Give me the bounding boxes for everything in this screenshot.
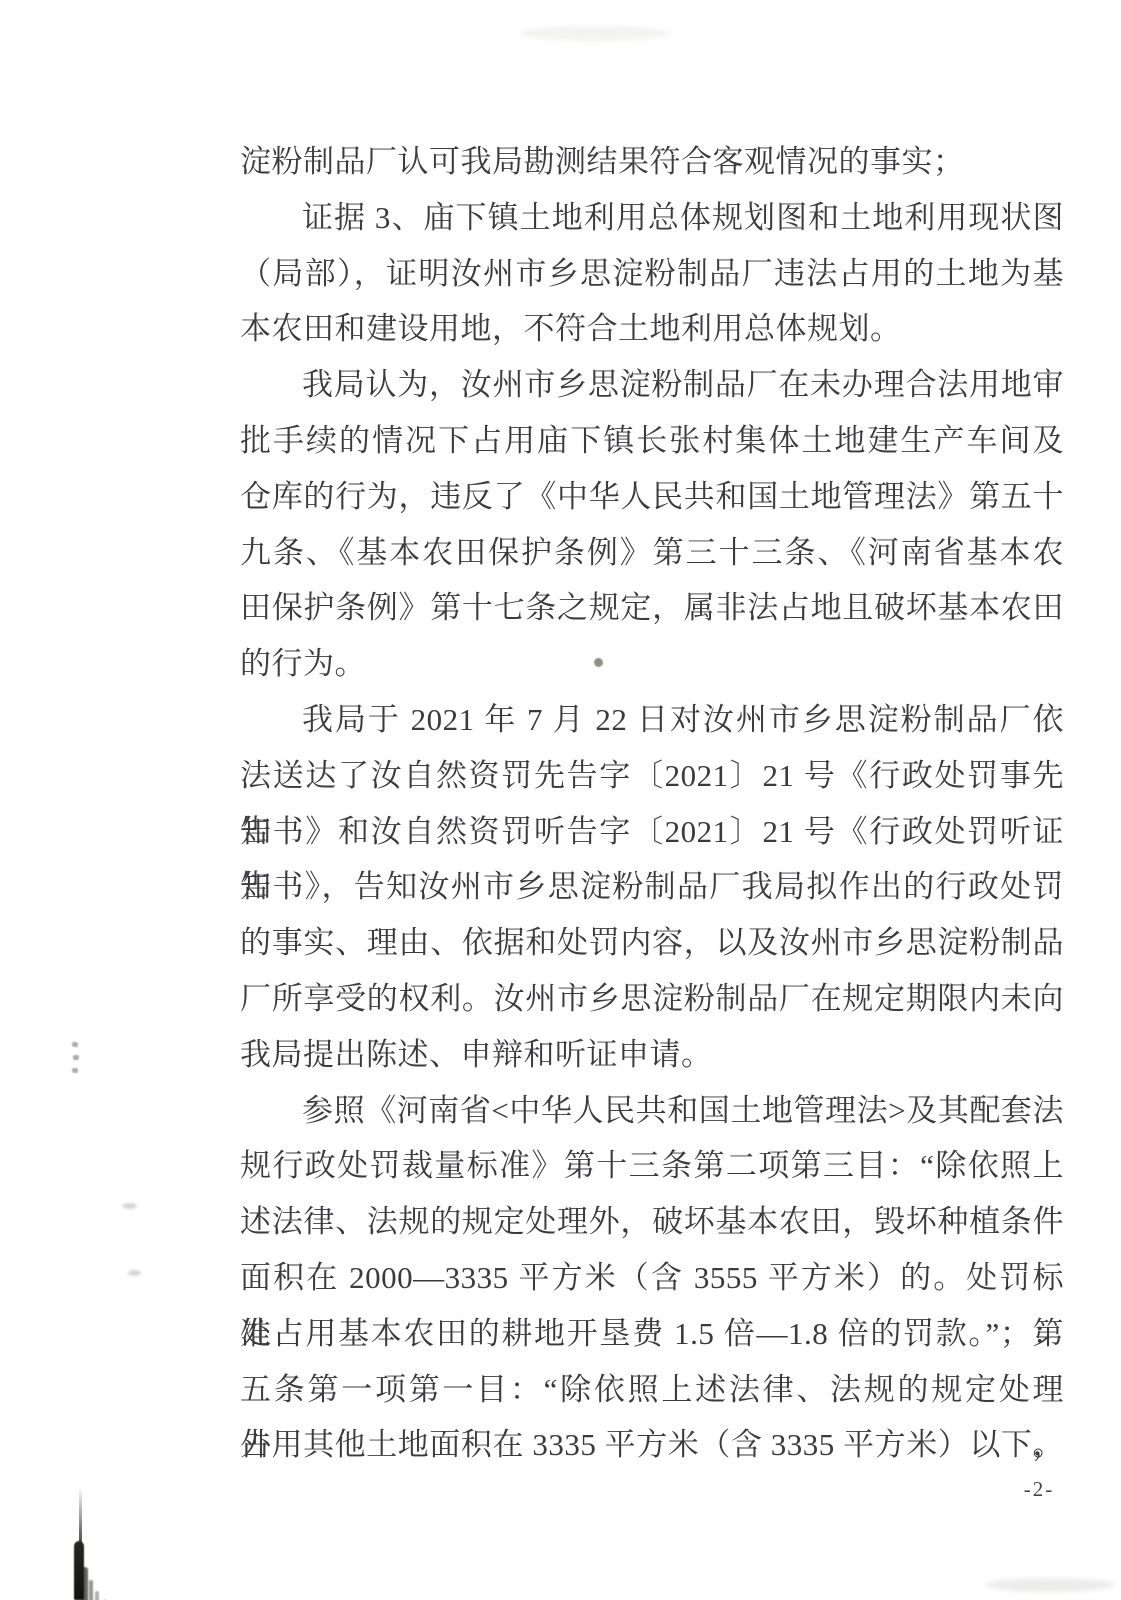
text-line: 淀粉制品厂认可我局勘测结果符合客观情况的事实； bbox=[240, 134, 1064, 190]
text-line: 批手续的情况下占用庙下镇长张村集体土地建生产车间及 bbox=[240, 413, 1064, 469]
text-line: 的行为。 bbox=[240, 636, 1064, 692]
text-line: 证据 3、庙下镇土地利用总体规划图和土地利用现状图 bbox=[240, 190, 1064, 246]
margin-smudge-artifact bbox=[128, 1270, 141, 1276]
text-line: 仓库的行为，违反了《中华人民共和国土地管理法》第五十 bbox=[240, 469, 1064, 525]
page-number: -2- bbox=[1004, 1477, 1074, 1502]
document-body-text: 淀粉制品厂认可我局勘测结果符合客观情况的事实； 证据 3、庙下镇土地利用总体规划… bbox=[240, 134, 1064, 1473]
binding-blot-artifact bbox=[74, 1541, 84, 1600]
text-line: 占用其他土地面积在 3335 平方米（含 3335 平方米）以下。 bbox=[240, 1417, 1064, 1473]
margin-speck-artifact bbox=[72, 1041, 79, 1047]
text-line: 九条、《基本农田保护条例》第三十三条、《河南省基本农 bbox=[240, 525, 1064, 581]
document-page: 淀粉制品厂认可我局勘测结果符合客观情况的事实； 证据 3、庙下镇土地利用总体规划… bbox=[0, 0, 1121, 1600]
scan-noise-artifact bbox=[520, 26, 670, 41]
text-line: 规行政处罚裁量标准》第十三条第二项第三目：“除依照上 bbox=[240, 1138, 1064, 1194]
text-line: 法送达了汝自然资罚先告字〔2021〕21 号《行政处罚事先告 bbox=[240, 748, 1064, 804]
text-line: 的事实、理由、依据和处罚内容，以及汝州市乡思淀粉制品 bbox=[240, 915, 1064, 971]
text-line: 我局于 2021 年 7 月 22 日对汝州市乡思淀粉制品厂依 bbox=[240, 692, 1064, 748]
binding-streak-artifact bbox=[79, 1487, 82, 1547]
text-line: 本农田和建设用地，不符合土地利用总体规划。 bbox=[240, 301, 1064, 357]
text-line: 我局提出陈述、申辩和听证申请。 bbox=[240, 1027, 1064, 1083]
text-line: 厂所享受的权利。汝州市乡思淀粉制品厂在规定期限内未向 bbox=[240, 971, 1064, 1027]
text-line: （局部），证明汝州市乡思淀粉制品厂违法占用的土地为基 bbox=[240, 246, 1064, 302]
scan-noise-artifact bbox=[985, 1578, 1115, 1592]
text-line: 知书》，告知汝州市乡思淀粉制品厂我局拟作出的行政处罚 bbox=[240, 859, 1064, 915]
text-line: 我局认为，汝州市乡思淀粉制品厂在未办理合法用地审 bbox=[240, 357, 1064, 413]
margin-smudge-artifact bbox=[122, 1203, 137, 1209]
text-line: 面积在 2000—3335 平方米（含 3555 平方米）的。处罚标准： bbox=[240, 1250, 1064, 1306]
text-line: 参照《河南省<中华人民共和国土地管理法>及其配套法 bbox=[240, 1083, 1064, 1139]
text-line: 田保护条例》第十七条之规定，属非法占地且破坏基本农田 bbox=[240, 580, 1064, 636]
text-line: 处占用基本农田的耕地开垦费 1.5 倍—1.8 倍的罚款。”；第 bbox=[240, 1306, 1064, 1362]
text-line: 五条第一项第一目：“除依照上述法律、法规的规定处理外， bbox=[240, 1362, 1064, 1418]
margin-speck-artifact bbox=[73, 1055, 80, 1061]
text-line: 述法律、法规的规定处理外，破坏基本农田，毁坏种植条件 bbox=[240, 1194, 1064, 1250]
margin-speck-artifact bbox=[72, 1068, 78, 1074]
text-line: 知书》和汝自然资罚听告字〔2021〕21 号《行政处罚听证告 bbox=[240, 804, 1064, 860]
